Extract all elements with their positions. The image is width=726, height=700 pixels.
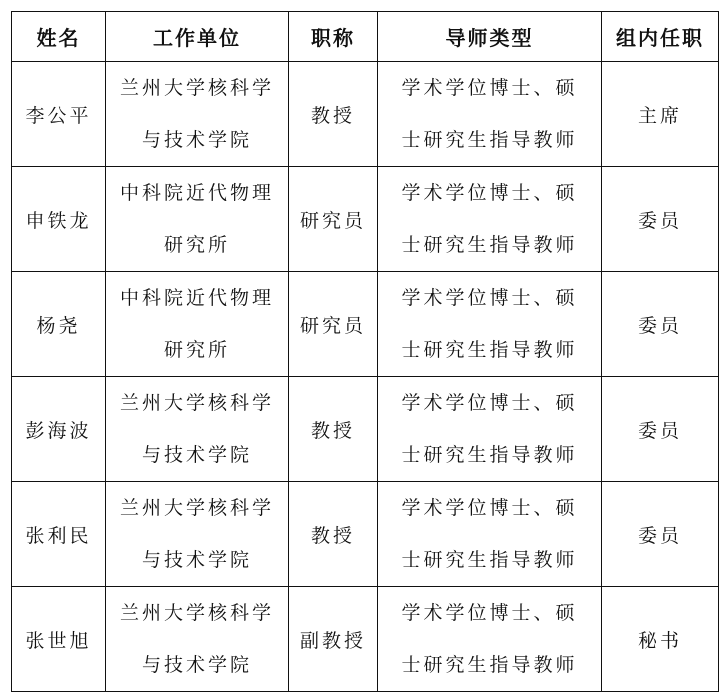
cell-name: 申铁龙 [12,167,106,272]
cell-type-line: 士研究生指导教师 [378,324,601,376]
cell-name: 张世旭 [12,587,106,692]
cell-type-line: 士研究生指导教师 [378,429,601,481]
cell-type: 学术学位博士、硕士研究生指导教师 [378,167,602,272]
cell-unit: 中科院近代物理研究所 [106,272,289,377]
header-name: 姓名 [12,12,106,62]
cell-unit-line: 研究所 [106,324,288,376]
cell-role: 委员 [602,167,719,272]
cell-unit: 兰州大学核科学与技术学院 [106,587,289,692]
cell-unit: 中科院近代物理研究所 [106,167,289,272]
cell-name: 李公平 [12,62,106,167]
cell-unit-line: 兰州大学核科学 [106,587,288,639]
cell-title: 研究员 [289,167,378,272]
table-row: 张世旭兰州大学核科学与技术学院副教授学术学位博士、硕士研究生指导教师秘书 [12,587,719,692]
cell-unit-line: 与技术学院 [106,429,288,481]
cell-role: 秘书 [602,587,719,692]
cell-title: 研究员 [289,272,378,377]
table-row: 彭海波兰州大学核科学与技术学院教授学术学位博士、硕士研究生指导教师委员 [12,377,719,482]
cell-type: 学术学位博士、硕士研究生指导教师 [378,62,602,167]
cell-type-line: 士研究生指导教师 [378,114,601,166]
cell-unit: 兰州大学核科学与技术学院 [106,482,289,587]
cell-name: 彭海波 [12,377,106,482]
cell-unit-line: 与技术学院 [106,114,288,166]
cell-type-line: 学术学位博士、硕 [378,272,601,324]
cell-type-line: 士研究生指导教师 [378,534,601,586]
cell-type: 学术学位博士、硕士研究生指导教师 [378,272,602,377]
table-row: 申铁龙中科院近代物理研究所研究员学术学位博士、硕士研究生指导教师委员 [12,167,719,272]
table-header-row: 姓名 工作单位 职称 导师类型 组内任职 [12,12,719,62]
cell-type: 学术学位博士、硕士研究生指导教师 [378,482,602,587]
table-row: 杨尧中科院近代物理研究所研究员学术学位博士、硕士研究生指导教师委员 [12,272,719,377]
cell-type-line: 士研究生指导教师 [378,219,601,271]
table-row: 张利民兰州大学核科学与技术学院教授学术学位博士、硕士研究生指导教师委员 [12,482,719,587]
cell-unit: 兰州大学核科学与技术学院 [106,377,289,482]
cell-type-line: 学术学位博士、硕 [378,62,601,114]
cell-title: 教授 [289,62,378,167]
cell-title: 副教授 [289,587,378,692]
cell-type-line: 士研究生指导教师 [378,639,601,691]
header-unit: 工作单位 [106,12,289,62]
cell-role: 委员 [602,272,719,377]
header-title: 职称 [289,12,378,62]
cell-role: 主席 [602,62,719,167]
cell-unit: 兰州大学核科学与技术学院 [106,62,289,167]
cell-unit-line: 中科院近代物理 [106,272,288,324]
cell-unit-line: 与技术学院 [106,534,288,586]
cell-type-line: 学术学位博士、硕 [378,587,601,639]
header-type: 导师类型 [378,12,602,62]
cell-title: 教授 [289,482,378,587]
cell-type-line: 学术学位博士、硕 [378,167,601,219]
cell-unit-line: 中科院近代物理 [106,167,288,219]
cell-unit-line: 研究所 [106,219,288,271]
cell-unit-line: 兰州大学核科学 [106,377,288,429]
cell-type-line: 学术学位博士、硕 [378,482,601,534]
cell-role: 委员 [602,377,719,482]
cell-type: 学术学位博士、硕士研究生指导教师 [378,587,602,692]
cell-unit-line: 兰州大学核科学 [106,482,288,534]
cell-type-line: 学术学位博士、硕 [378,377,601,429]
cell-title: 教授 [289,377,378,482]
header-role: 组内任职 [602,12,719,62]
cell-unit-line: 兰州大学核科学 [106,62,288,114]
table-row: 李公平兰州大学核科学与技术学院教授学术学位博士、硕士研究生指导教师主席 [12,62,719,167]
cell-name: 张利民 [12,482,106,587]
cell-name: 杨尧 [12,272,106,377]
committee-table: 姓名 工作单位 职称 导师类型 组内任职 李公平兰州大学核科学与技术学院教授学术… [11,11,719,692]
cell-type: 学术学位博士、硕士研究生指导教师 [378,377,602,482]
cell-role: 委员 [602,482,719,587]
cell-unit-line: 与技术学院 [106,639,288,691]
